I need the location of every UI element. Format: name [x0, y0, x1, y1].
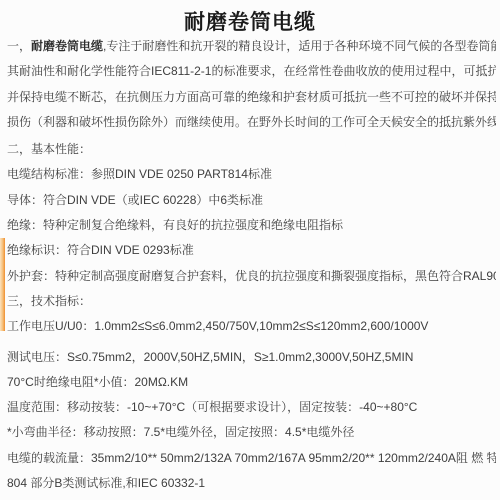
text-line-test-voltage: 测试电压：S≤0.75mm2，2000V,50HZ,5MIN，S≥1.0mm2,… — [7, 345, 496, 370]
page-title: 耐磨卷筒电缆 — [0, 0, 500, 34]
text-line-outer-sheath: 外护套：特种定制高强度耐磨复合护套料，优良的抗拉强度和撕裂强度指标，黑色符合RA… — [7, 264, 496, 289]
section-heading-basic-performance: 二，基本性能： — [7, 137, 496, 162]
text-line-working-voltage: 工作电压U/U0：1.0mm2≤S≤6.0mm2,450/750V,10mm2≤… — [7, 314, 496, 339]
text-line-insulation-marking: 绝缘标识：符合DIN VDE 0293标准 — [7, 238, 496, 263]
intro-bold-product-name: 耐磨卷筒电缆 — [31, 39, 103, 53]
text-line-flame-standard: 804 部分B类测试标准,和IEC 60332-1 — [7, 471, 496, 496]
text-line: 其耐油性和耐化学性能符合IEC811-2-1的标准要求，在经常性卷曲收放的使用过… — [7, 59, 496, 84]
intro-prefix: 一， — [7, 39, 31, 53]
left-accent-bar — [0, 238, 5, 331]
text-line-insulation: 绝缘：特种定制复合绝缘料，有良好的抗拉强度和绝缘电阻指标 — [7, 213, 496, 238]
text-line-intro: 一，耐磨卷筒电缆,专注于耐磨性和抗开裂的精良设计，适用于各种环境不同气候的各型卷… — [7, 34, 496, 59]
document-body: 一，耐磨卷筒电缆,专注于耐磨性和抗开裂的精良设计，适用于各种环境不同气候的各型卷… — [7, 34, 496, 496]
section-heading-technical-specs: 三，技术指标： — [7, 289, 496, 314]
text-line-structure-standard: 电缆结构标准：参照DIN VDE 0250 PART814标准 — [7, 162, 496, 187]
text-line-current-capacity: 电缆的载流量：35mm2/10** 50mm2/132A 70mm2/167A … — [7, 446, 496, 471]
text-line-conductor: 导体：符合DIN VDE（或IEC 60228）中6类标准 — [7, 188, 496, 213]
text-line: 损伤（利器和破坏性损伤除外）而继续使用。在野外长时间的工作可全天候安全的抵抗紫外… — [7, 110, 496, 135]
text-line-temperature-range: 温度范围：移动按装：-10~+70°C（可根据要求设计），固定按装：-40~+8… — [7, 395, 496, 420]
text-line-insulation-resistance: 70°C时绝缘电阻*小值：20MΩ.KM — [7, 370, 496, 395]
text-line: 并保持电缆不断芯，在抗侧压力方面高可靠的绝缘和护套材质可抵抗一些不可控的破坏并保… — [7, 85, 496, 110]
intro-rest: ,专注于耐磨性和抗开裂的精良设计，适用于各种环境不同气候的各型卷筒能安全的全天候… — [103, 39, 496, 53]
text-line-bend-radius: *小弯曲半径：移动按照：7.5*电缆外径，固定按照：4.5*电缆外径 — [7, 420, 496, 445]
